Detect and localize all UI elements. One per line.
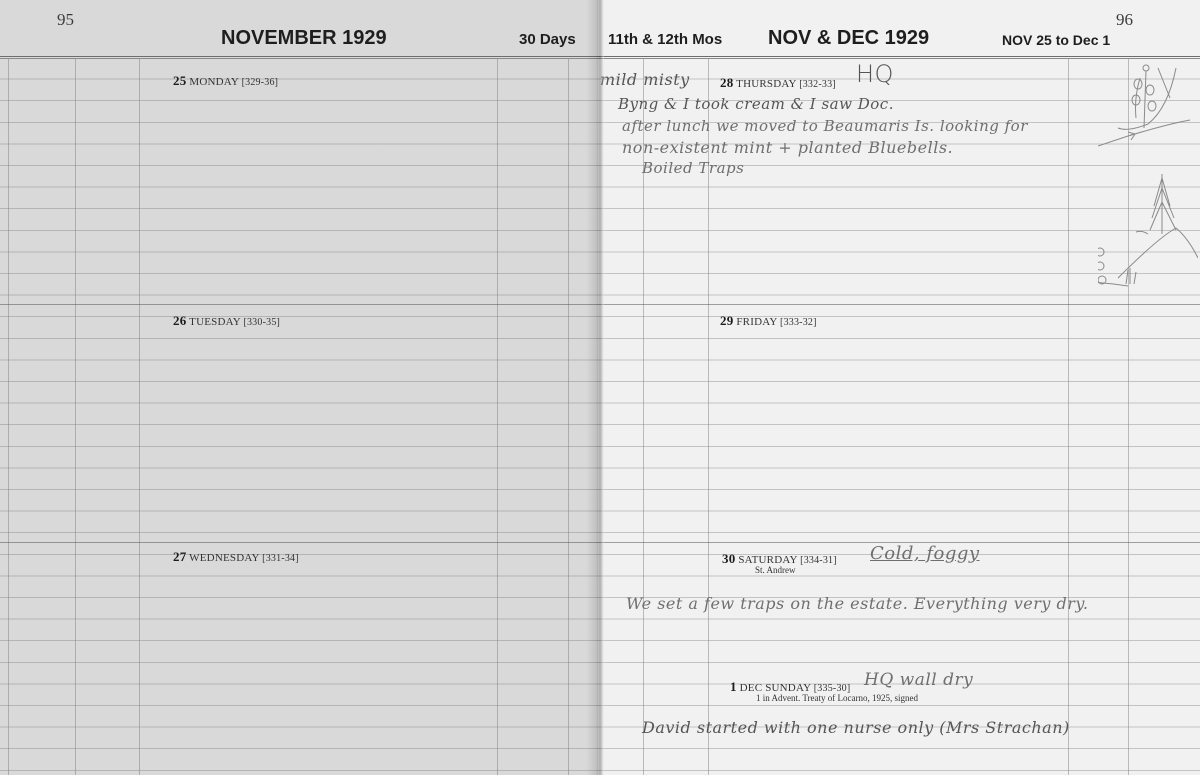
day-divider xyxy=(0,542,598,543)
days-count: 30 Days xyxy=(519,31,576,48)
column-line xyxy=(75,58,76,775)
months-label: 11th & 12th Mos xyxy=(608,31,722,48)
handwritten-weather: Cold, foggy xyxy=(870,543,980,564)
header-rule xyxy=(0,56,598,59)
day-subtitle: St. Andrew xyxy=(755,565,796,575)
handwritten-line: after lunch we moved to Beaumaris Is. lo… xyxy=(622,117,1028,135)
handwritten-line: David started with one nurse only (Mrs S… xyxy=(642,718,1070,737)
column-line xyxy=(568,58,569,775)
left-page: 95 NOVEMBER 1929 30 Days 25 MONDAY [329-… xyxy=(0,0,598,775)
day-divider xyxy=(0,304,598,305)
handwritten-line: Boiled Traps xyxy=(642,159,744,177)
page-number: 96 xyxy=(1116,10,1133,30)
day-heading-tuesday: 26 TUESDAY [330-35] xyxy=(173,313,280,329)
diary-spread: 95 NOVEMBER 1929 30 Days 25 MONDAY [329-… xyxy=(0,0,1200,775)
day-heading-friday: 29 FRIDAY [333-32] xyxy=(720,313,817,329)
page-number: 95 xyxy=(57,10,74,30)
handwritten-location: HQ xyxy=(856,60,894,88)
day-heading-wednesday: 27 WEDNESDAY [331-34] xyxy=(173,549,299,565)
day-heading-thursday: 28 THURSDAY [332-33] xyxy=(720,75,836,91)
column-line xyxy=(497,58,498,775)
handwritten-weather: HQ wall dry xyxy=(864,670,973,690)
day-subtitle: 1 in Advent. Treaty of Locarno, 1925, si… xyxy=(756,693,918,703)
month-title: NOV & DEC 1929 xyxy=(768,27,929,50)
date-range: NOV 25 to Dec 1 xyxy=(1002,32,1110,48)
book-gutter xyxy=(586,0,604,775)
column-line xyxy=(1068,58,1069,775)
handwritten-line: Byng & I took cream & I saw Doc. xyxy=(618,95,894,113)
handwritten-weather: mild misty xyxy=(600,70,690,89)
column-line xyxy=(139,58,140,775)
day-divider xyxy=(598,304,1200,305)
month-title: NOVEMBER 1929 xyxy=(221,27,387,50)
handwritten-line: We set a few traps on the estate. Everyt… xyxy=(626,594,1088,613)
bluebell-sketch xyxy=(1098,58,1198,298)
day-heading-monday: 25 MONDAY [329-36] xyxy=(173,73,278,89)
ruled-lines xyxy=(0,58,598,775)
margin-line xyxy=(8,58,9,775)
handwritten-line: non-existent mint + planted Bluebells. xyxy=(622,138,953,157)
right-page: 96 11th & 12th Mos NOV & DEC 1929 NOV 25… xyxy=(598,0,1200,775)
